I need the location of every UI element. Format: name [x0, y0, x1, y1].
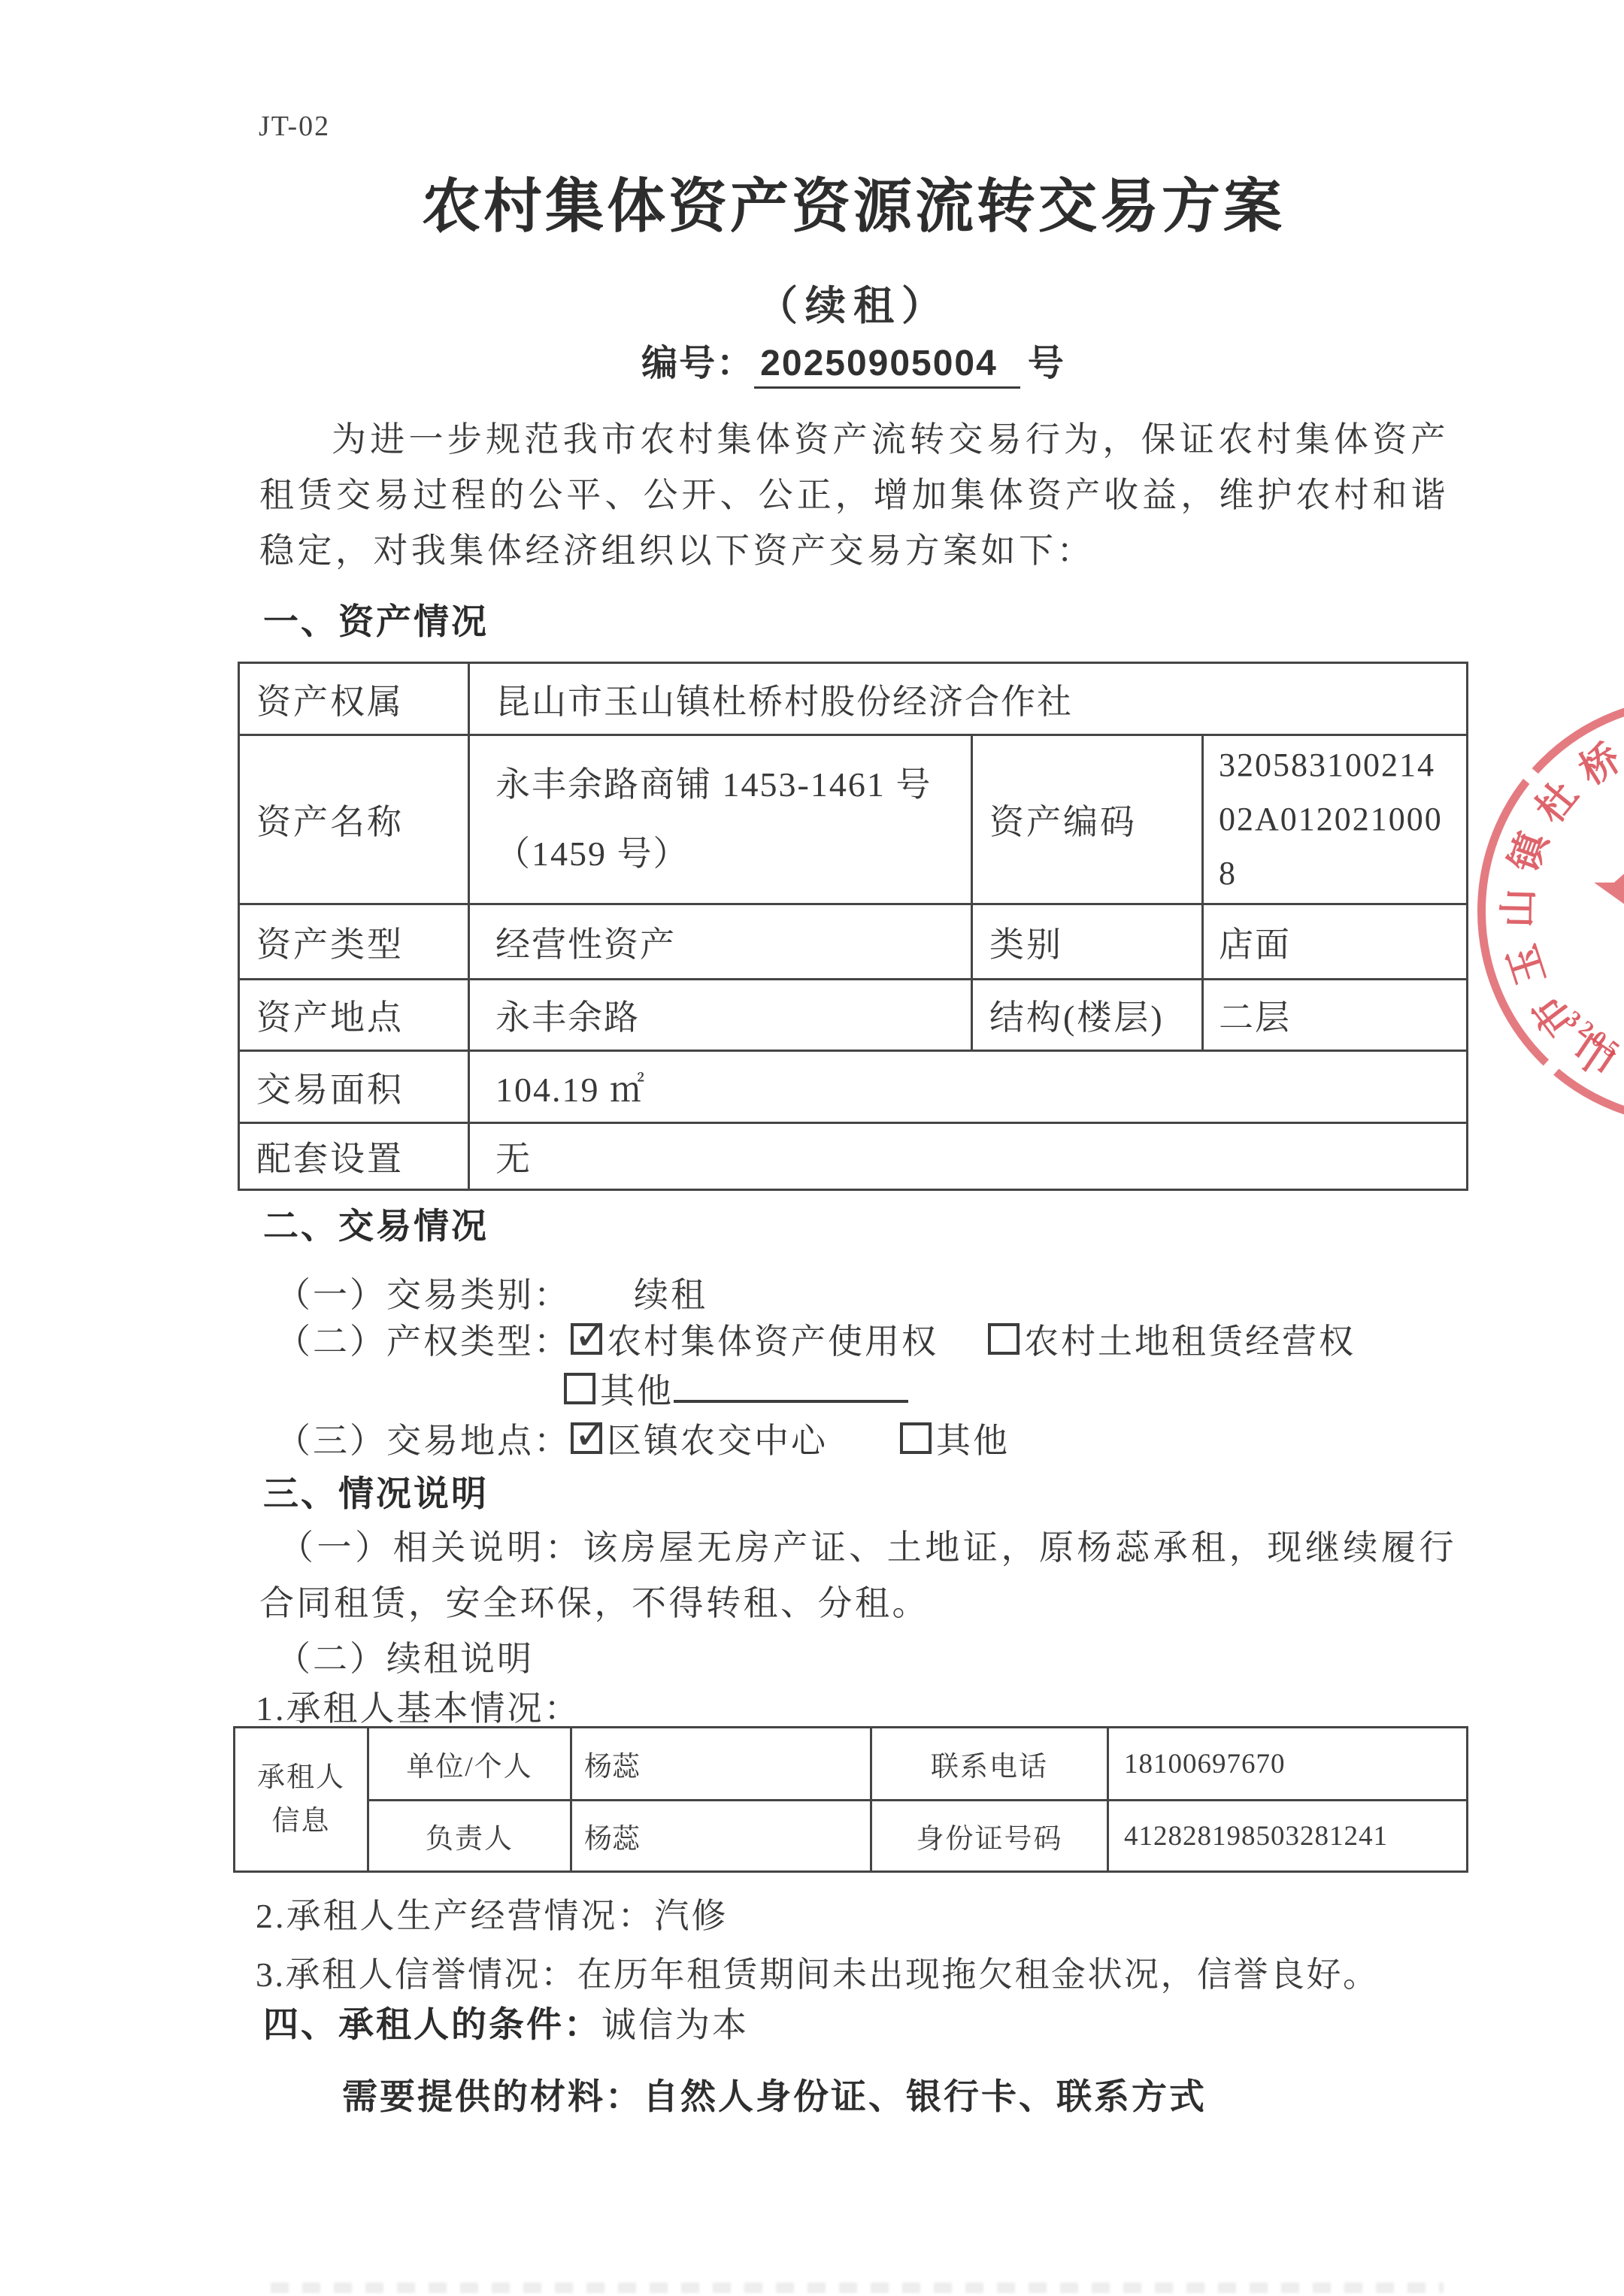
- deal-kind-label: （一）交易类别：: [276, 1276, 571, 1314]
- venue-label: （三）交易地点：: [276, 1422, 571, 1460]
- document-subtitle: （续租）: [218, 274, 1489, 332]
- seal-number: 3205: [1550, 997, 1624, 1074]
- red-seal-stamp: 昆山市玉山镇杜桥村 3205: [1477, 697, 1624, 1125]
- renter-basic-info-label: 1.承租人基本情况：: [256, 1681, 581, 1731]
- seal-star-icon: [1590, 814, 1624, 1008]
- asset-structure-value: 二层: [1203, 980, 1468, 1051]
- table-row: 承租人 信息 单位/个人 杨蕊 联系电话 18100697670: [235, 1728, 1468, 1801]
- asset-location-value: 永丰余路: [469, 980, 972, 1051]
- asset-code-value: 320583100214 02A012021000 8: [1203, 735, 1468, 904]
- asset-category-value: 店面: [1203, 904, 1468, 980]
- asset-name-label: 资产名称: [239, 735, 469, 904]
- asset-location-label: 资产地点: [239, 980, 469, 1051]
- asset-ownership-value: 昆山市玉山镇杜桥村股份经济合作社: [469, 663, 1468, 735]
- manager-value: 杨蕊: [571, 1801, 871, 1872]
- table-row: 负责人 杨蕊 身份证号码 412828198503281241: [235, 1801, 1468, 1872]
- option-label: 农村集体资产使用权: [607, 1322, 938, 1361]
- renewal-note-subheading: （二）续租说明: [276, 1631, 534, 1681]
- intro-paragraph: 为进一步规范我市农村集体资产流转交易行为，保证农村集体资产租赁交易过程的公平、公…: [259, 412, 1449, 579]
- table-row: 资产权属 昆山市玉山镇杜桥村股份经济合作社: [239, 663, 1468, 735]
- blank-underline: [674, 1368, 908, 1403]
- seal-ring-break: [1516, 762, 1545, 790]
- phone-value: 18100697670: [1108, 1728, 1468, 1801]
- checkbox-checked-icon: [571, 1323, 602, 1355]
- credit-status-line: 3.承租人信誉情况：在历年租赁期间未出现拖欠租金状况，信誉良好。: [256, 1947, 1380, 1997]
- id-label: 身份证号码: [871, 1801, 1108, 1872]
- section-heading-deal: 二、交易情况: [263, 1198, 489, 1249]
- form-code: JT-02: [259, 110, 330, 143]
- seal-arc-char: 玉: [1501, 937, 1555, 991]
- asset-info-table: 资产权属 昆山市玉山镇杜桥村股份经济合作社 资产名称 永丰余路商铺 1453-1…: [238, 662, 1468, 1191]
- seal-arc-char: 桥: [1571, 736, 1624, 794]
- checkbox-unchecked-icon: [564, 1373, 595, 1404]
- option-label: 农村土地租赁经营权: [1024, 1322, 1356, 1361]
- table-row: 资产地点 永丰余路 结构(楼层) 二层: [239, 980, 1468, 1051]
- seal-arc-char: 山: [1566, 1025, 1624, 1083]
- property-type-other-line: 其他: [564, 1364, 908, 1413]
- option-label: 区镇农交中心: [607, 1422, 828, 1460]
- option-label: 其他: [600, 1372, 674, 1410]
- asset-code-label: 资产编码: [972, 735, 1203, 904]
- condition-value: 诚信为本: [601, 2006, 749, 2044]
- faint-scan-artifact: [271, 2282, 1444, 2293]
- property-type-label: （二）产权类型：: [276, 1322, 571, 1361]
- deal-kind-line: （一）交易类别：续租: [276, 1268, 707, 1317]
- table-row: 资产类型 经营性资产 类别 店面: [239, 904, 1468, 980]
- asset-structure-label: 结构(楼层): [972, 980, 1203, 1051]
- condition-label: 四、承租人的条件：: [263, 2004, 601, 2044]
- seal-arc-char: 镇: [1503, 825, 1557, 880]
- asset-area-label: 交易面积: [239, 1051, 469, 1123]
- asset-ownership-label: 资产权属: [239, 663, 469, 735]
- seal-arc-char: 山: [1498, 887, 1541, 930]
- asset-name-value: 永丰余路商铺 1453-1461 号 （1459 号）: [469, 735, 972, 904]
- renter-info-table: 承租人 信息 单位/个人 杨蕊 联系电话 18100697670 负责人 杨蕊 …: [233, 1726, 1468, 1873]
- seal-ring-break: [1537, 1053, 1565, 1083]
- seal-arc-char: 市: [1525, 986, 1583, 1044]
- serial-number: 20250905004: [754, 344, 1020, 389]
- scanned-document-page: { "page": { "form_code": "JT-02", "title…: [0, 0, 1624, 2296]
- materials-label: 需要提供的材料：: [342, 2076, 643, 2116]
- section-heading-assets: 一、资产情况: [263, 594, 489, 644]
- table-row: 资产名称 永丰余路商铺 1453-1461 号 （1459 号） 资产编码 32…: [239, 735, 1468, 904]
- materials-value: 自然人身份证、银行卡、联系方式: [643, 2076, 1207, 2116]
- option-label: 其他: [936, 1422, 1010, 1460]
- asset-type-label: 资产类型: [239, 904, 469, 980]
- serial-line: 编号：20250905004号: [218, 334, 1489, 386]
- deal-kind-value: 续租: [634, 1276, 707, 1314]
- checkbox-unchecked-icon: [900, 1422, 932, 1454]
- renter-condition-line: 四、承租人的条件：诚信为本: [263, 1997, 749, 2047]
- seal-ring-icon: [1477, 697, 1624, 1125]
- venue-line: （三）交易地点：区镇农交中心其他: [276, 1413, 1010, 1463]
- unit-label: 单位/个人: [368, 1728, 571, 1801]
- checkbox-checked-icon: [571, 1422, 602, 1454]
- asset-area-value: 104.19 ㎡: [469, 1051, 1468, 1123]
- seal-arc-char: 昆: [1621, 1052, 1624, 1104]
- related-note-paragraph: （一）相关说明：该房屋无房产证、土地证，原杨蕊承租，现继续履行合同租赁，安全环保…: [259, 1520, 1456, 1631]
- section-heading-notes: 三、情况说明: [263, 1466, 489, 1516]
- renter-group-label: 承租人 信息: [235, 1728, 368, 1872]
- serial-suffix: 号: [1028, 344, 1065, 383]
- business-status-line: 2.承租人生产经营情况：汽修: [256, 1889, 729, 1938]
- manager-label: 负责人: [368, 1801, 571, 1872]
- id-value: 412828198503281241: [1108, 1801, 1468, 1872]
- table-row: 配套设置 无: [239, 1123, 1468, 1190]
- asset-facility-label: 配套设置: [239, 1123, 469, 1190]
- seal-arc-char: 杜: [1529, 774, 1588, 833]
- checkbox-unchecked-icon: [988, 1323, 1020, 1355]
- materials-line: 需要提供的材料：自然人身份证、银行卡、联系方式: [342, 2069, 1207, 2119]
- phone-label: 联系电话: [871, 1728, 1108, 1801]
- unit-value: 杨蕊: [571, 1728, 871, 1801]
- serial-prefix: 编号：: [641, 344, 754, 383]
- asset-type-value: 经营性资产: [469, 904, 972, 980]
- document-title: 农村集体资产资源流转交易方案: [218, 159, 1489, 244]
- table-row: 交易面积 104.19 ㎡: [239, 1051, 1468, 1123]
- asset-facility-value: 无: [469, 1123, 1468, 1190]
- property-type-line: （二）产权类型：农村集体资产使用权农村土地租赁经营权: [276, 1314, 1356, 1364]
- asset-category-label: 类别: [972, 904, 1203, 980]
